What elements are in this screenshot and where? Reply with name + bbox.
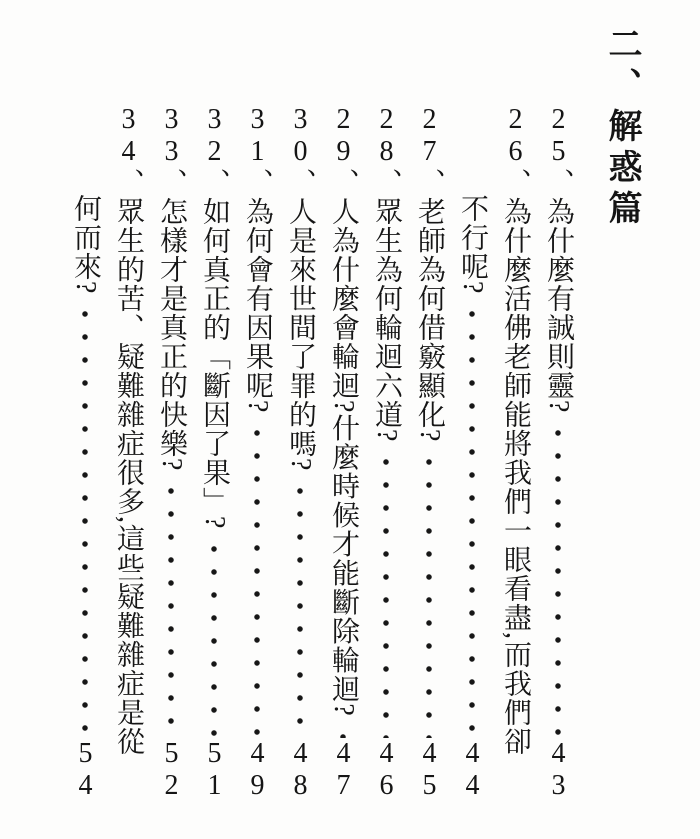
entry-title: 為什麼活佛老師能將我們一眼看盡,而我們卻 [500, 197, 530, 756]
entry-number: 27 [414, 104, 444, 168]
page-number: 46 [371, 738, 401, 802]
enumeration-comma: 、 [500, 168, 530, 197]
toc-entry: 27、老師為何借竅顯化?45 [414, 104, 444, 802]
table-of-contents: 25、為什麼有誠則靈?43 26、為什麼活佛老師能將我們一眼看盡,而我們卻 不行… [57, 104, 573, 802]
page-number: 52 [156, 738, 186, 802]
enumeration-comma: 、 [156, 168, 186, 197]
enumeration-comma: 、 [199, 168, 229, 197]
enumeration-comma: 、 [113, 168, 143, 197]
toc-entry: 29、人為什麼會輪迴?什麼時候才能斷除輪迴?47 [328, 104, 358, 802]
toc-entry: 25、為什麼有誠則靈?43 [543, 104, 573, 802]
dot-leader [285, 471, 315, 738]
toc-entry: 32、如何真正的「斷因了果」?51 [199, 104, 229, 802]
entry-title: 眾生為何輪迴六道? [371, 197, 401, 442]
entry-number: 26 [500, 104, 530, 168]
toc-entry-line: 31、為何會有因果呢?49 [242, 104, 272, 802]
page-number: 45 [414, 738, 444, 802]
toc-entry-line: 28、眾生為何輪迴六道?46 [371, 104, 401, 802]
dot-leader [457, 294, 487, 738]
entry-number: 33 [156, 104, 186, 168]
enumeration-comma: 、 [371, 168, 401, 197]
entry-number: 31 [242, 104, 272, 168]
entry-number: 29 [328, 104, 358, 168]
entry-title: 為何會有因果呢? [242, 197, 272, 413]
entry-number: 30 [285, 104, 315, 168]
entry-number: 34 [113, 104, 143, 168]
entry-title: 為什麼有誠則靈? [543, 197, 573, 413]
entry-title: 人為什麼會輪迴?什麼時候才能斷除輪迴? [328, 197, 358, 717]
toc-entry: 33、怎樣才是真正的快樂?52 [156, 104, 186, 802]
entry-title: 人是來世間了罪的嗎? [285, 197, 315, 471]
enumeration-comma: 、 [543, 168, 573, 197]
page-number: 54 [70, 738, 100, 802]
entry-title-continued: 何而來? [70, 194, 100, 294]
entry-number: 28 [371, 104, 401, 168]
dot-leader [199, 529, 229, 738]
page-number: 44 [457, 738, 487, 802]
toc-entry-continuation: 不行呢?44 [457, 104, 487, 802]
toc-entry-line: 33、怎樣才是真正的快樂?52 [156, 104, 186, 802]
toc-entry-line: 29、人為什麼會輪迴?什麼時候才能斷除輪迴?47 [328, 104, 358, 802]
toc-entry: 34、眾生的苦、疑難雜症很多,這些疑難雜症是從 何而來?54 [70, 104, 143, 802]
page-number: 51 [199, 738, 229, 802]
toc-entry-line: 32、如何真正的「斷因了果」?51 [199, 104, 229, 802]
dot-leader [328, 717, 358, 738]
dot-leader [414, 442, 444, 738]
section-title: 二、解惑篇 [598, 26, 644, 231]
enumeration-comma: 、 [242, 168, 272, 197]
entry-title-continued: 不行呢? [457, 194, 487, 294]
toc-entry-line: 27、老師為何借竅顯化?45 [414, 104, 444, 802]
toc-entry: 28、眾生為何輪迴六道?46 [371, 104, 401, 802]
entry-number: 25 [543, 104, 573, 168]
toc-entry-line: 25、為什麼有誠則靈?43 [543, 104, 573, 802]
toc-entry: 30、人是來世間了罪的嗎?48 [285, 104, 315, 802]
dot-leader [543, 413, 573, 738]
page-number: 47 [328, 738, 358, 802]
toc-entry-continuation: 何而來?54 [70, 104, 100, 802]
toc-entry: 31、為何會有因果呢?49 [242, 104, 272, 802]
toc-entry-line: 26、為什麼活佛老師能將我們一眼看盡,而我們卻 [500, 104, 530, 802]
entry-title: 怎樣才是真正的快樂? [156, 197, 186, 471]
dot-leader [70, 294, 100, 738]
page-number: 48 [285, 738, 315, 802]
enumeration-comma: 、 [414, 168, 444, 197]
enumeration-comma: 、 [328, 168, 358, 197]
enumeration-comma: 、 [285, 168, 315, 197]
entry-title: 老師為何借竅顯化? [414, 197, 444, 442]
page-number: 43 [543, 738, 573, 802]
dot-leader [156, 471, 186, 738]
entry-title: 如何真正的「斷因了果」? [199, 197, 229, 529]
entry-title: 眾生的苦、疑難雜症很多,這些疑難雜症是從 [113, 197, 143, 756]
page-number: 49 [242, 738, 272, 802]
toc-entry-line: 34、眾生的苦、疑難雜症很多,這些疑難雜症是從 [113, 104, 143, 802]
dot-leader [371, 442, 401, 738]
dot-leader [242, 413, 272, 738]
entry-number: 32 [199, 104, 229, 168]
book-page: 二、解惑篇 25、為什麼有誠則靈?43 26、為什麼活佛老師能將我們一眼看盡,而… [0, 0, 700, 839]
toc-entry-line: 30、人是來世間了罪的嗎?48 [285, 104, 315, 802]
toc-entry: 26、為什麼活佛老師能將我們一眼看盡,而我們卻 不行呢?44 [457, 104, 530, 802]
